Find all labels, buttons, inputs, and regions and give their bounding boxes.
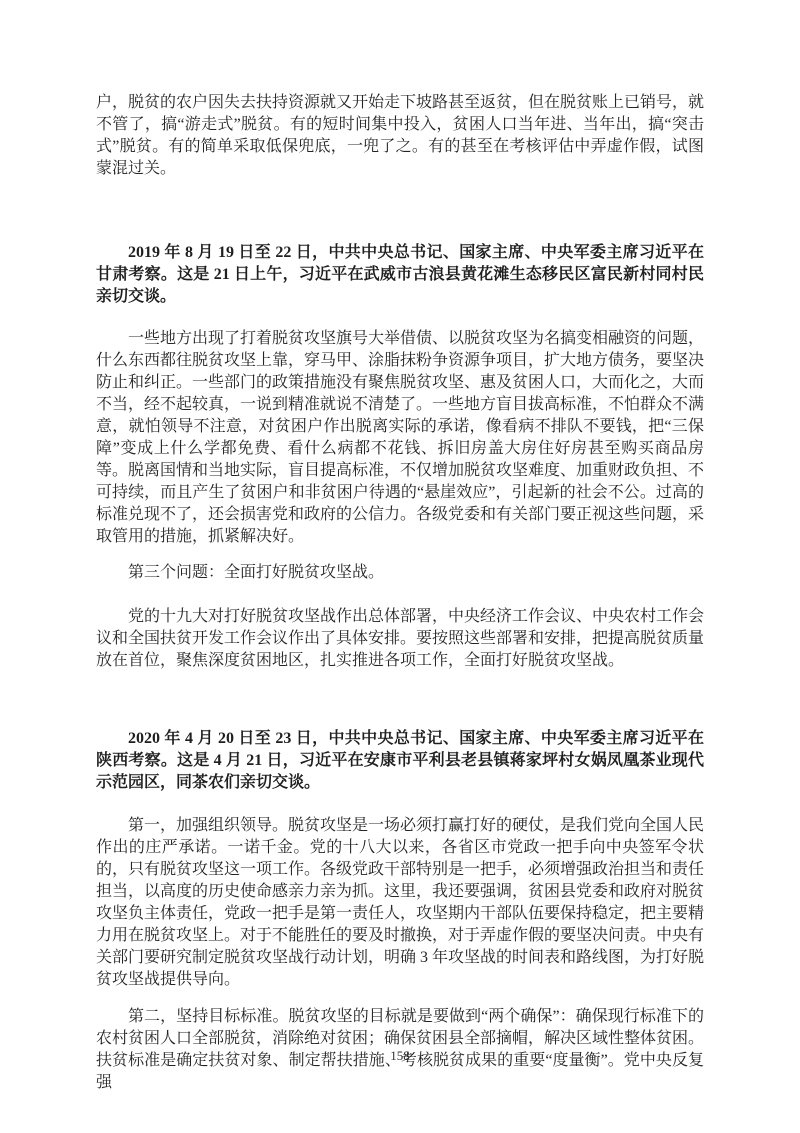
- body-paragraph-problems: 一些地方出现了打着脱贫攻坚旗号大举借债、以脱贫攻坚为名搞变相融资的问题，什么东西…: [96, 328, 704, 548]
- body-paragraph-deployment: 党的十九大对打好脱贫攻坚战作出总体部署，中央经济工作会议、中央农村工作会议和全国…: [96, 606, 704, 672]
- document-page: 户，脱贫的农户因失去扶持资源就又开始走下坡路甚至返贫，但在脱贫账上已销号，就不管…: [0, 0, 800, 1133]
- section-line-third-question: 第三个问题：全面打好脱贫攻坚战。: [96, 562, 704, 584]
- photo-caption-2020-shaanxi: 2020 年 4 月 20 日至 23 日，中共中央总书记、国家主席、中央军委主…: [96, 728, 704, 794]
- page-number: 158: [0, 1048, 800, 1064]
- body-paragraph-first-point: 第一，加强组织领导。脱贫攻坚是一场必须打赢打好的硬仗，是我们党向全国人民作出的庄…: [96, 815, 704, 991]
- photo-caption-2019-gansu: 2019 年 8 月 19 日至 22 日，中共中央总书记、国家主席、中央军委主…: [96, 242, 704, 308]
- body-paragraph-continuation: 户，脱贫的农户因失去扶持资源就又开始走下坡路甚至返贫，但在脱贫账上已销号，就不管…: [96, 92, 704, 180]
